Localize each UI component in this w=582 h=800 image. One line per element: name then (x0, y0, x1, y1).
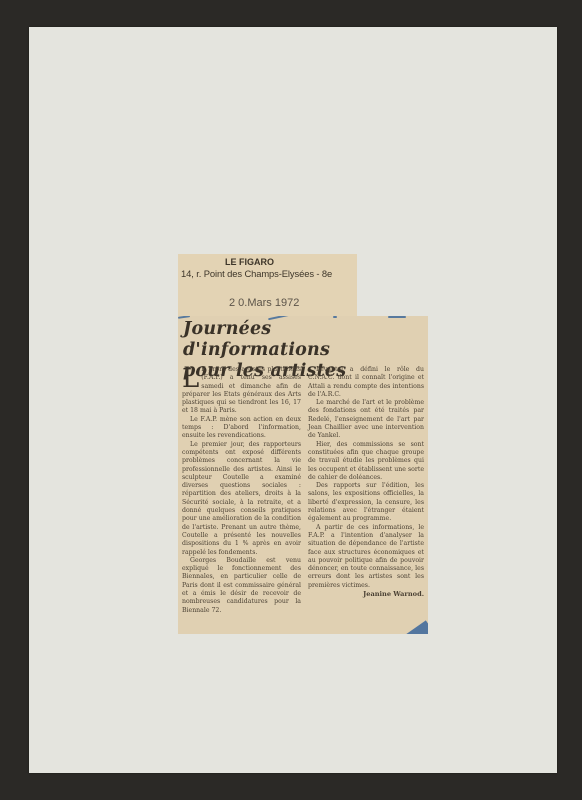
blue-pencil-mark (406, 620, 428, 634)
paragraph: Georges Boudaille est venu expliqué le f… (182, 557, 301, 615)
paragraph: Le F.A.P. mène son action en deux temps … (182, 416, 301, 441)
blue-pencil-mark (388, 316, 406, 318)
paragraph: Levantal a défini le rôle du C.N.A.C. do… (308, 366, 424, 399)
headline-line-1: Journées d'informations (183, 319, 423, 361)
article-clipping: Journées d'informations pour les artiste… (178, 316, 428, 634)
newspaper-name: LE FIGARO (225, 257, 274, 267)
drop-cap: L (182, 368, 199, 390)
article-column-right: Levantal a défini le rôle du C.N.A.C. do… (308, 366, 424, 598)
paragraph: Le premier jour, des rapporteurs compéte… (182, 441, 301, 557)
blue-pencil-mark (333, 316, 337, 318)
paragraph: LE Front des artistes plasticiens (F.A.P… (182, 366, 301, 416)
paragraph: Le marché de l'art et le problème des fo… (308, 399, 424, 440)
clipping-header: LE FIGARO 14, r. Point des Champs-Elysée… (178, 254, 357, 318)
author-signature: Jeanine Warnod. (308, 590, 424, 598)
article-column-left: LE Front des artistes plasticiens (F.A.P… (182, 366, 301, 615)
paragraph: A partir de ces informations, le F.A.P. … (308, 524, 424, 590)
paragraph: Des rapports sur l'édition, les salons, … (308, 482, 424, 523)
newspaper-address: 14, r. Point des Champs-Elysées - 8e (181, 268, 332, 279)
date-stamp: 2 0.Mars 1972 (229, 297, 299, 309)
paragraph: Hier, des commissions se sont constituée… (308, 441, 424, 482)
paragraph-text: E Front des artistes plasticiens (F.A.P.… (182, 366, 301, 414)
